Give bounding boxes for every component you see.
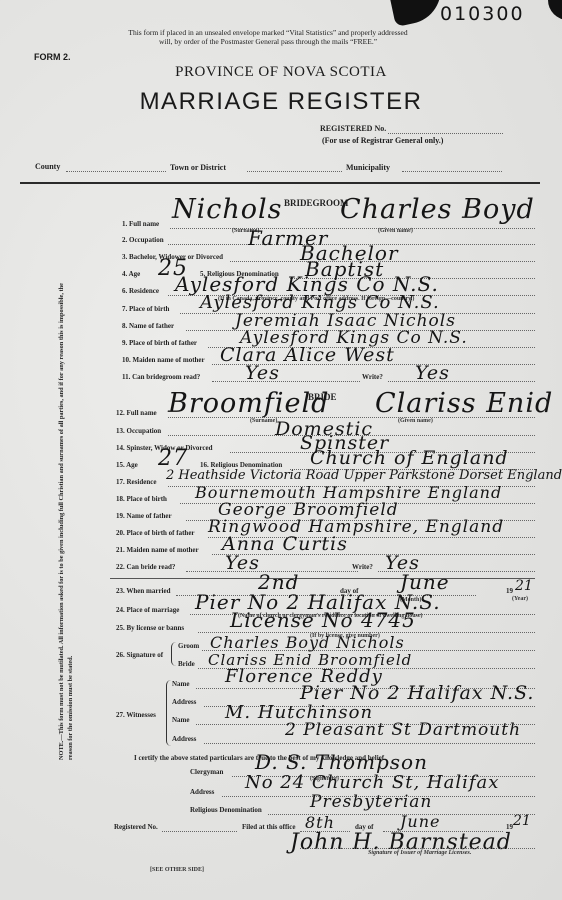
county-field: [66, 171, 166, 172]
filed-year: 21: [513, 813, 531, 829]
year-prefix: 19: [506, 587, 513, 595]
clergyman-label: Clergyman: [190, 768, 223, 776]
filed-month: June: [400, 812, 441, 831]
corner-stain: [389, 0, 447, 27]
serial-number: 010300: [440, 3, 525, 25]
bride-section-rule: [110, 578, 535, 579]
bride-surname-hint: (Surname): [250, 418, 277, 424]
bride-can-read: Yes: [225, 552, 260, 574]
bridegroom-heading: BRIDEGROOM: [284, 198, 349, 208]
postal-notice-line2: will, by order of the Postmaster General…: [78, 37, 458, 46]
witnesses-brace: [166, 680, 171, 746]
corner-stain: [548, 0, 562, 20]
when-married-label: 23. When married: [116, 587, 171, 595]
year-hint: (Year): [512, 596, 528, 602]
header-rule: [20, 182, 540, 184]
province-heading: PROVINCE OF NOVA SCOTIA: [0, 64, 562, 81]
license-number: License No 4745: [230, 608, 416, 632]
municipality-field: [402, 171, 502, 172]
witness1-name-label: Name: [172, 680, 190, 688]
witness2-address-line: [204, 743, 535, 744]
bride-given-hint: (Given name): [398, 418, 433, 424]
bride-age-label: 15. Age: [116, 461, 138, 469]
postal-notice-line1: This form if placed in an unsealed envel…: [78, 28, 458, 37]
municipality-label: Municipality: [346, 163, 390, 172]
witness2-address: 2 Pleasant St Dartmouth: [285, 720, 521, 740]
see-other-side: [SEE OTHER SIDE]: [150, 867, 204, 873]
groom-full-name-line: [170, 228, 535, 229]
witness2-name-label: Name: [172, 716, 190, 724]
town-field: [247, 171, 342, 172]
groom-signature-label: Groom: [178, 642, 199, 650]
groom-age-label: 4. Age: [122, 270, 140, 278]
place-of-marriage-label: 24. Place of marriage: [116, 606, 179, 614]
issuer-hint: Signature of Issuer of Marriage Licenses…: [368, 850, 471, 856]
bride-residence-label: 17. Residence: [116, 478, 156, 486]
marriage-year: 21: [515, 578, 533, 594]
groom-write-label: Write?: [362, 373, 383, 381]
issuer-signature-line: [300, 848, 535, 849]
registered-no-label: REGISTERED No.: [320, 124, 386, 133]
groom-full-name-label: 1. Full name: [122, 220, 159, 228]
groom-surname: Nichols: [172, 194, 283, 225]
postal-notice: This form if placed in an unsealed envel…: [78, 28, 458, 46]
filing-registered-no-line: [162, 831, 237, 832]
document-title: MARRIAGE REGISTER: [0, 88, 562, 116]
groom-birthplace-label: 7. Place of birth: [122, 305, 169, 313]
bride-signature-label: Bride: [178, 660, 195, 668]
clergy-address-label: Address: [190, 788, 214, 796]
bride-can-read-label: 22. Can bride read?: [116, 563, 175, 571]
bride-religion: Church of England: [310, 447, 509, 469]
groom-can-read-label: 11. Can bridegroom read?: [122, 373, 200, 381]
witness1-address-label: Address: [172, 698, 196, 706]
town-label: Town or District: [170, 163, 226, 172]
clergy-address: No 24 Church St, Halifax: [245, 772, 499, 793]
side-note: NOTE.—This form must not be mutilated. A…: [57, 280, 75, 760]
witnesses-label: 27. Witnesses: [116, 711, 156, 719]
bride-birthplace-label: 18. Place of birth: [116, 495, 167, 503]
groom-signature: Charles Boyd Nichols: [210, 633, 405, 652]
registrar-note: (For use of Registrar General only.): [322, 136, 443, 145]
bride-surname: Broomfield: [168, 388, 329, 419]
witness1-address: Pier No 2 Halifax N.S.: [300, 682, 534, 704]
groom-father-birthplace-label: 9. Place of birth of father: [122, 339, 197, 347]
bride-full-name-label: 12. Full name: [116, 409, 157, 417]
bride-residence: 2 Heathside Victoria Road Upper Parkston…: [166, 468, 562, 483]
groom-residence-label: 6. Residence: [122, 287, 159, 295]
groom-given-hint: (Given name): [378, 228, 413, 234]
groom-birthplace: Aylesford Kings Co N.S.: [200, 292, 440, 313]
bride-given-name: Clariss Enid: [375, 388, 553, 419]
clergyman-signature: D. S. Thompson: [255, 750, 428, 774]
county-label: County: [35, 162, 60, 171]
witness2-address-label: Address: [172, 735, 196, 743]
registered-no-field: [388, 133, 503, 134]
license-label: 25. By license or banns: [116, 624, 184, 632]
groom-can-read-line: [212, 381, 360, 382]
groom-write-line: [388, 381, 535, 382]
groom-given-name: Charles Boyd: [340, 194, 535, 225]
groom-can-read: Yes: [245, 362, 280, 384]
signature-label: 26. Signature of: [116, 651, 163, 659]
filed-label: Filed at this office: [242, 823, 295, 831]
groom-can-write: Yes: [415, 362, 450, 384]
groom-father-label: 8. Name of father: [122, 322, 174, 330]
groom-occupation-label: 2. Occupation: [122, 236, 164, 244]
clergy-religion: Presbyterian: [310, 792, 432, 812]
form-number: FORM 2.: [34, 52, 71, 62]
filing-registered-no-label: Registered No.: [114, 823, 158, 831]
signature-brace: [171, 642, 176, 666]
clergy-religion-label: Religious Denomination: [190, 806, 262, 814]
groom-mother-label: 10. Maiden name of mother: [122, 356, 205, 364]
bride-father-birthplace-label: 20. Place of birth of father: [116, 529, 195, 537]
bride-write-label: Write?: [352, 563, 373, 571]
bride-mother-label: 21. Maiden name of mother: [116, 546, 199, 554]
bride-father-label: 19. Name of father: [116, 512, 172, 520]
bride-occupation-label: 13. Occupation: [116, 427, 161, 435]
